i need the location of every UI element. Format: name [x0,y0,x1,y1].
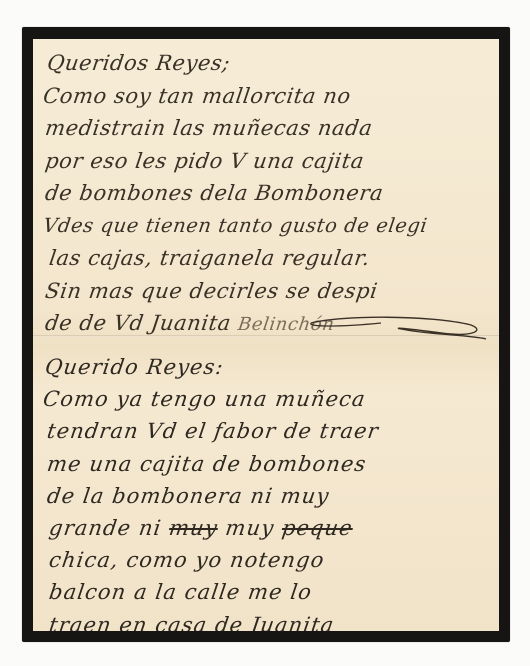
letter-line: de bombones dela Bombonera [33,177,499,210]
letter-line: Sin mas que decirles se despi [33,275,499,308]
letter-section-second: Querido Reyes: Como ya tengo una muñeca … [33,339,499,631]
letter-line: las cajas, traiganela regular. [33,242,499,275]
letter-line: medistrain las muñecas nada [33,112,499,145]
struck-out-word: muy [168,516,220,540]
letter-line: Como ya tengo una muñeca [33,383,499,415]
salutation: Queridos Reyes; [33,47,499,80]
letter-section-juanita: Queridos Reyes; Como soy tan mallorcita … [33,47,499,340]
text-fragment: muy [224,516,276,540]
text-fragment: grande ni [48,516,164,540]
letter-line-with-corrections: grande ni muy muy peque [33,512,499,544]
signature-given-name: de de Vd Juanita [44,311,233,335]
letter-line: me una cajita de bombones [33,448,499,480]
letter-line: balcon a la calle me lo [33,576,499,608]
letter-line: traen en casa de Juanita [33,609,499,632]
signature-flourish-icon [301,311,491,341]
salutation: Querido Reyes: [33,351,499,383]
letter-paper: Queridos Reyes; Como soy tan mallorcita … [33,39,499,631]
mourning-bordered-letter: Queridos Reyes; Como soy tan mallorcita … [22,27,510,642]
letter-line: Como soy tan mallorcita no [33,80,499,113]
letter-line: Vdes que tienen tanto gusto de elegi [33,210,499,243]
letter-line: tendran Vd el fabor de traer [33,415,499,447]
letter-line: de la bombonera ni muy [33,480,499,512]
letter-line: por eso les pido V una cajita [33,145,499,178]
letter-line: chica, como yo notengo [33,544,499,576]
struck-out-word: peque [280,516,354,540]
